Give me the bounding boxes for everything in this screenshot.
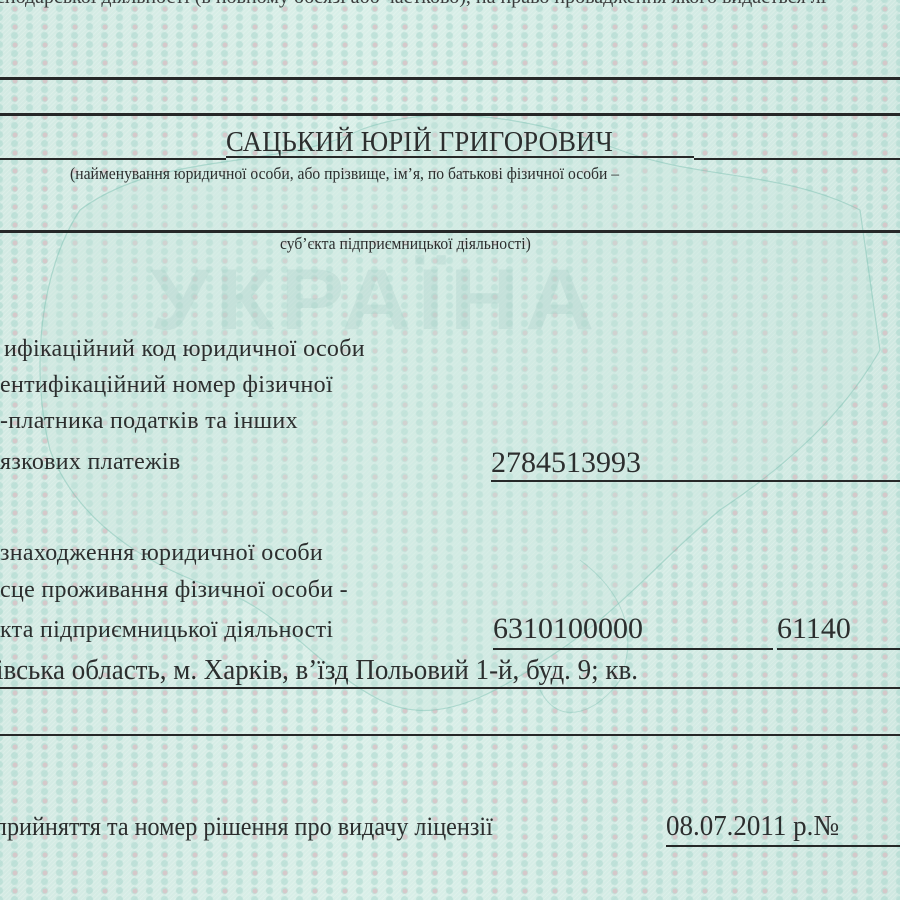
tax-id-label-line-4: язкових платежів <box>0 449 181 476</box>
watermark-text: УКРАЇНА <box>150 251 600 350</box>
location-label-line-3: кта підприємницької діяльності <box>0 617 333 644</box>
postal-code: 61140 <box>777 612 851 646</box>
holder-name-underline <box>226 156 694 158</box>
decision-label: прийняття та номер рішення про видачу лі… <box>0 812 493 842</box>
form-line <box>0 158 226 160</box>
form-line <box>0 687 900 689</box>
form-line <box>0 230 900 233</box>
decision-value: 08.07.2011 р.№ <box>666 810 839 843</box>
tax-id-label-line-1: ифікаційний код юридичної особи <box>4 336 365 363</box>
address-value: івська область, м. Харків, в’їзд Польови… <box>0 654 638 687</box>
location-label-line-2: сце проживання фізичної особи - <box>0 577 348 604</box>
koatuu-code: 6310100000 <box>493 612 643 646</box>
form-line <box>694 158 900 160</box>
koatuu-underline <box>493 648 773 650</box>
tax-id-underline <box>491 480 900 482</box>
postal-code-underline <box>777 648 900 650</box>
form-line <box>0 734 900 736</box>
header-cut-text: сподарської діяльності (в повному обсязі… <box>0 0 826 9</box>
form-line <box>0 113 900 116</box>
holder-caption-line-2: суб’єкта підприємницької діяльності) <box>280 234 531 254</box>
holder-name: САЦЬКИЙ ЮРІЙ ГРИГОРОВИЧ <box>226 126 613 159</box>
holder-caption-line-1: (найменування юридичної особи, або прізв… <box>70 164 619 184</box>
decision-underline <box>666 845 900 847</box>
tax-id-label-line-3: -платника податків та інших <box>0 408 298 435</box>
tax-id-value: 2784513993 <box>491 446 641 480</box>
form-line <box>0 77 900 80</box>
tax-id-label-line-2: ентифікаційний номер фізичної <box>0 372 333 399</box>
location-label-line-1: знаходження юридичної особи <box>0 540 323 567</box>
